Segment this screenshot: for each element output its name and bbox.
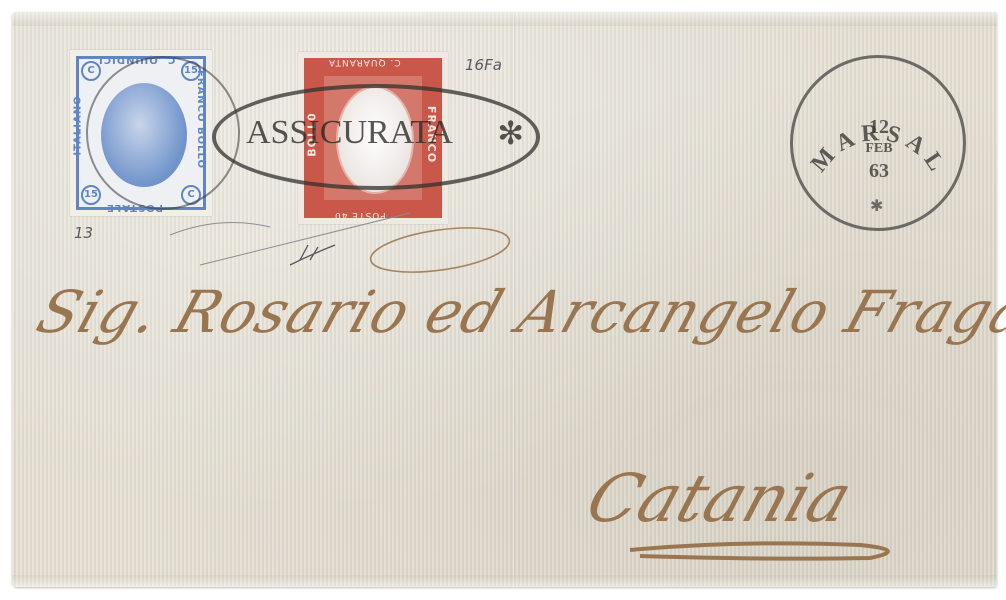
blue-stamp-corner-value: 15 [81,185,101,205]
assicurata-oval-handstamp: ASSICURATA ✻ [212,84,540,190]
destination-city: Catania [577,460,861,537]
top-fold-edge [12,12,997,26]
postmark-year: 63 [859,160,899,182]
marsala-date-stamp: MARSALA 12 FEB 63 ✱ [790,55,966,231]
bottom-fold-edge [12,575,997,587]
pencil-note-catalog: 16Fa [465,56,502,74]
assicurata-text: ASSICURATA [246,114,453,152]
pencil-note-number: 13 [74,224,93,242]
blue-stamp-left-text: ITALIANO [73,95,84,155]
postmark-date: 12 FEB 63 [859,116,899,182]
red-stamp-top-text: C. QUARANTA [328,57,401,67]
postmark-day: 12 [859,116,899,138]
addressee-name: Sig. Rosario ed Arcangelo Fragalà [29,278,1006,346]
postmark-month: FEB [859,138,899,160]
asterisk-ornament-icon: ✻ [497,114,524,152]
postmark-ornament: ✱ [870,196,883,216]
city-underline-flourish [620,530,940,570]
